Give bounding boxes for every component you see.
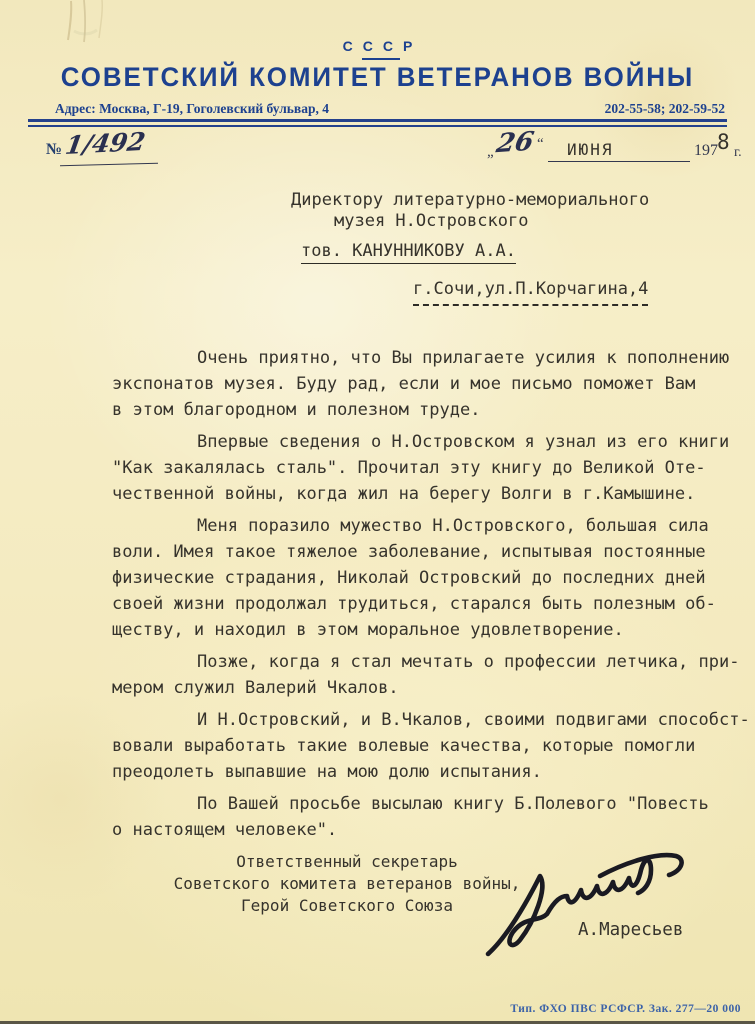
body-line: чественной войны, когда жил на берегу Во…	[112, 481, 724, 507]
ref-number-handwritten: 1/492	[63, 127, 147, 160]
paragraph: Впервые сведения о Н.Островском я узнал …	[112, 429, 724, 507]
paragraph: И Н.Островский, и В.Чкалов, своими подви…	[112, 707, 724, 785]
recipient-line-1: Директору литературно-мемориального	[291, 190, 649, 210]
letterhead-address-row: Адрес: Москва, Г-19, Гоголевский бульвар…	[55, 101, 725, 117]
body-line: воли. Имея такое тяжелое заболевание, ис…	[112, 539, 724, 565]
body-line: мером служил Валерий Чкалов.	[112, 675, 724, 701]
ref-number-label: №	[46, 141, 62, 159]
date-year-suffix: г.	[734, 145, 742, 161]
body-line: преодолеть выпавшие на мою долю испытани…	[112, 759, 724, 785]
body-line: вовали выработать такие волевые качества…	[112, 733, 724, 759]
body-line: Позже, когда я стал мечтать о профессии …	[112, 649, 724, 675]
letter-body: Очень приятно, что Вы прилагаете усилия …	[112, 345, 724, 849]
letterhead-title: СОВЕТСКИЙ КОМИТЕТ ВЕТЕРАНОВ ВОЙНЫ	[15, 62, 740, 93]
body-line: Очень приятно, что Вы прилагаете усилия …	[112, 345, 724, 371]
body-line: "Как закалялась сталь". Прочитал эту кни…	[112, 455, 724, 481]
paragraph: Очень приятно, что Вы прилагаете усилия …	[112, 345, 724, 423]
letter-page: СССР СОВЕТСКИЙ КОМИТЕТ ВЕТЕРАНОВ ВОЙНЫ А…	[0, 0, 755, 1024]
body-line: По Вашей просьбе высылаю книгу Б.Полевог…	[112, 791, 724, 817]
body-line: в этом благородном и полезном труде.	[112, 397, 724, 423]
body-line: ществу, и находил в этом моральное удовл…	[112, 617, 724, 643]
letterhead-address: Адрес: Москва, Г-19, Гоголевский бульвар…	[55, 101, 329, 117]
letterhead-country: СССР	[0, 38, 755, 54]
letterhead-phones: 202-55-58; 202-59-52	[605, 101, 725, 117]
signatory-name: А.Маресьев	[578, 920, 683, 940]
body-line: экспонатов музея. Буду рад, если и мое п…	[112, 371, 724, 397]
country-underline	[362, 58, 400, 60]
date-year-digit: 8	[717, 130, 730, 154]
date-underline	[548, 161, 690, 162]
date-year-printed: 197	[694, 142, 718, 160]
footer-imprint: Тип. ФХО ПВС РСФСР. Зак. 277—20 000	[510, 1003, 741, 1015]
body-line: физические страдания, Николай Островский…	[112, 565, 724, 591]
date-month: ИЮНЯ	[567, 140, 614, 159]
body-line: Меня поразило мужество Н.Островского, бо…	[112, 513, 724, 539]
ref-number-underline	[60, 163, 158, 167]
date-close-quote: “	[537, 136, 544, 153]
recipient-name: тов. КАНУННИКОВУ А.А.	[301, 241, 516, 264]
body-line: своей жизни продолжал трудиться, старалс…	[112, 591, 724, 617]
recipient-line-2: музея Н.Островского	[334, 211, 528, 231]
header-double-rule	[28, 119, 727, 127]
paragraph: Позже, когда я стал мечтать о профессии …	[112, 649, 724, 701]
reference-line: № 1/492 „ 26 “ ИЮНЯ 197 8 г.	[0, 128, 755, 178]
body-line: Впервые сведения о Н.Островском я узнал …	[112, 429, 724, 455]
signature-flourish	[472, 826, 702, 966]
body-line: И Н.Островский, и В.Чкалов, своими подви…	[112, 707, 724, 733]
date-open-quote: „	[487, 144, 494, 161]
recipient-address: г.Сочи,ул.П.Корчагина,4	[413, 279, 648, 306]
paragraph: Меня поразило мужество Н.Островского, бо…	[112, 513, 724, 643]
date-day-handwritten: 26	[494, 127, 536, 159]
